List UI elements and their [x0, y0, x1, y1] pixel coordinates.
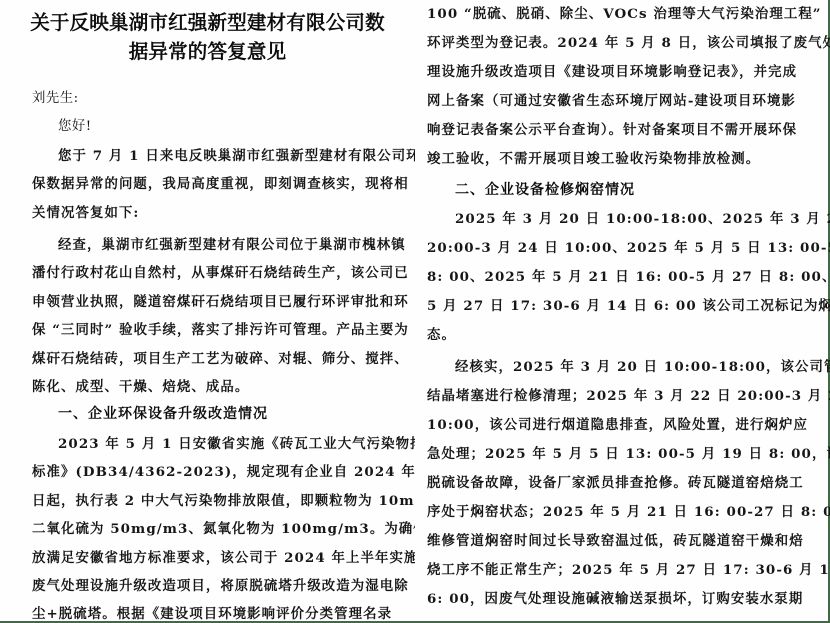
paragraph-line: 维修管道焖窑时间过长导致窑温过低，砖瓦隧道窑干燥和焙	[427, 531, 804, 551]
paragraph-line: 结晶堵塞进行检修清理；2025 年 3 月 22 日 20:00-3 月 24 …	[427, 386, 830, 406]
paragraph-line: 态。	[427, 325, 456, 345]
greeting: 您好!	[58, 117, 92, 137]
paragraph-line: 废气处理设施升级改造项目，将原脱硫塔升级改造为湿电除	[32, 576, 409, 596]
paragraph-line: 日起，执行表 2 中大气污染物排放限值，即颗粒物为 10mg/m3、	[32, 491, 471, 511]
paragraph-line: 保 “三同时” 验收手续，落实了排污许可管理。产品主要为	[32, 320, 409, 340]
document-page-left: 关于反映巢湖市红强新型建材有限公司数 据异常的答复意见 刘先生: 您好! 您于 …	[0, 0, 415, 621]
paragraph-line: 8: 00、2025 年 5 月 21 日 16: 00-5 月 27 日 8:…	[427, 267, 830, 287]
paragraph-line: 理设施升级改造项目《建设项目环境影响登记表》，并完成	[427, 62, 797, 82]
salutation: 刘先生:	[32, 89, 79, 109]
paragraph-line: 脱硫设备故障，设备厂家派员排查抢修。砖瓦隧道窑焙烧工	[427, 473, 804, 493]
paragraph-line: 您于 7 月 1 日来电反映巢湖市红强新型建材有限公司环	[58, 146, 421, 166]
paragraph-line: 竣工验收，不需开展项目竣工验收污染物排放检测。	[427, 149, 760, 169]
paragraph-line: 响登记表备案公示平台查询）。针对备案项目不需开展环保	[427, 120, 797, 140]
section-heading-1: 一、企业环保设备升级改造情况	[58, 404, 268, 424]
paragraph-line: 2025 年 3 月 20 日 10:00-18:00、2025 年 3 月 2…	[455, 209, 830, 229]
section-heading-2: 二、企业设备检修焖窑情况	[455, 180, 635, 200]
paragraph-line: 煤矸石烧结砖，项目生产工艺为破碎、对辊、筛分、搅拌、	[32, 349, 409, 369]
document-title: 关于反映巢湖市红强新型建材有限公司数 据异常的答复意见	[0, 8, 415, 66]
paragraph-line: 2023 年 5 月 1 日安徽省实施《砖瓦工业大气污染物排放	[58, 434, 439, 454]
paragraph-line: 烧工序不能正常生产；2025 年 5 月 27 日 17: 30-6 月 14 …	[427, 560, 830, 580]
title-line: 据异常的答复意见	[0, 37, 415, 66]
paragraph-line: 经查，巢湖市红强新型建材有限公司位于巢湖市槐林镇	[58, 235, 406, 255]
paragraph-line: 放满足安徽省地方标准要求，该公司于 2024 年上半年实施	[32, 548, 418, 568]
paragraph-line: 6: 00，因废气处理设施碱液输送泵损坏，订购安装水泵期	[427, 589, 803, 609]
scanned-document-frame: 关于反映巢湖市红强新型建材有限公司数 据异常的答复意见 刘先生: 您好! 您于 …	[0, 0, 830, 623]
paragraph-line: 20:00-3 月 24 日 10:00、2025 年 5 月 5 日 13: …	[427, 238, 830, 258]
paragraph-line: 潘付行政村花山自然村，从事煤矸石烧结砖生产，该公司已	[32, 263, 409, 283]
paragraph-line: 陈化、成型、干燥、焙烧、成品。	[32, 377, 249, 397]
paragraph-line: 急处理；2025 年 5 月 5 日 13: 00-5 月 19 日 8: 00…	[427, 444, 830, 464]
paragraph-line: 5 月 27 日 17: 30-6 月 14 日 6: 00 该公司工况标记为焖…	[427, 296, 830, 316]
paragraph-line: 网上备案（可通过安徽省生态环境厅网站-建设项目环境影	[427, 91, 796, 111]
paragraph-line: 申领营业执照，隧道窑煤矸石烧结项目已履行环评审批和环	[32, 292, 409, 312]
paragraph-line: 经核实，2025 年 3 月 20 日 10:00-18:00，该公司管道	[455, 357, 830, 377]
paragraph-line: 保数据异常的问题，我局高度重视，即刻调查核实，现将相	[32, 174, 409, 194]
document-page-right: 100 “脱硫、脱硝、除尘、VOCs 治理等大气污染治理工程” 环评类型为登记表…	[415, 0, 828, 621]
paragraph-line: 标准》(DB34/4362-2023)，规定现有企业自 2024 年 11 月 …	[32, 462, 479, 482]
paragraph-line: 尘+脱硫塔。根据《建设项目环境影响评价分类管理名录	[32, 604, 392, 623]
paragraph-line: 环评类型为登记表。2024 年 5 月 8 日，该公司填报了废气处	[427, 33, 830, 53]
paragraph-line: 关情况答复如下:	[32, 203, 139, 223]
paragraph-line: 10:00，该公司进行烟道隐患排查，风险处置，进行焖炉应	[427, 415, 808, 435]
paragraph-line: 二氧化硫为 50mg/m3、氮氧化物为 100mg/m3。为确保烟气排	[32, 519, 471, 539]
title-line: 关于反映巢湖市红强新型建材有限公司数	[0, 8, 415, 37]
paragraph-line: 100 “脱硫、脱硝、除尘、VOCs 治理等大气污染治理工程”	[427, 4, 822, 24]
paragraph-line: 序处于焖窑状态；2025 年 5 月 21 日 16: 00-27 日 8: 0…	[427, 502, 830, 522]
